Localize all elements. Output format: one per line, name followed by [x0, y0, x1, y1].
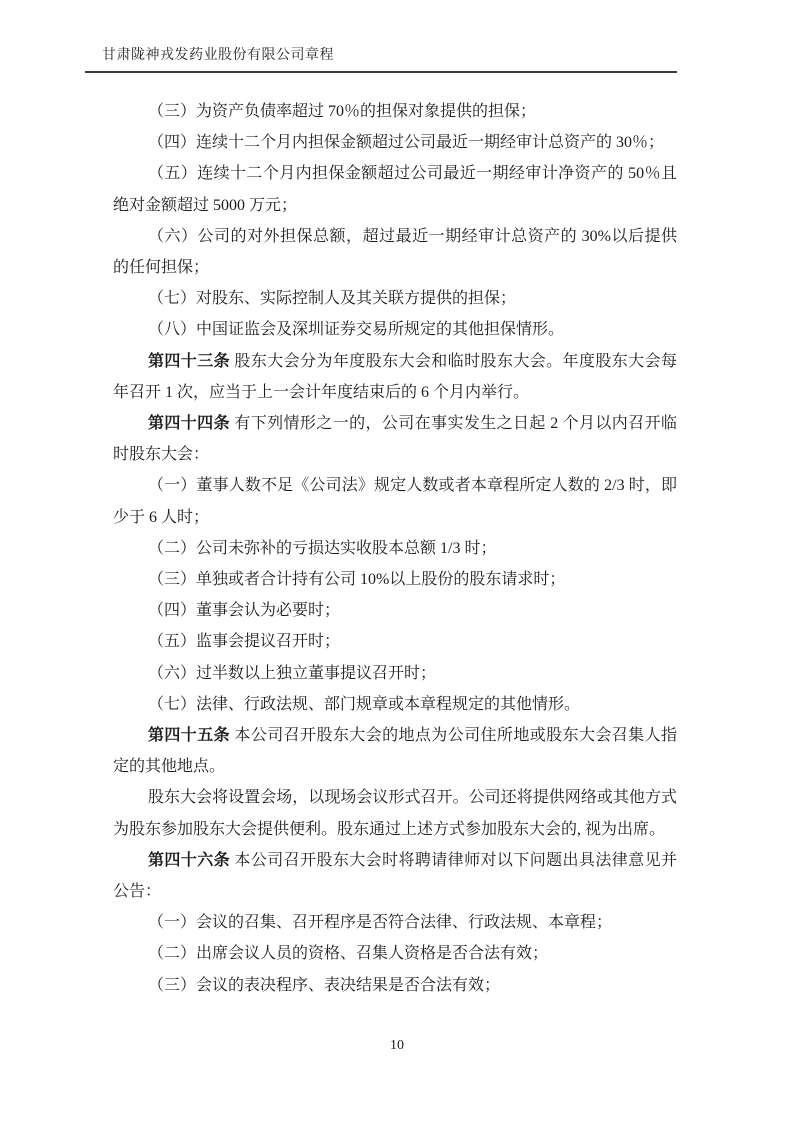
paragraph: 股东大会将设置会场，以现场会议形式召开。公司还将提供网络或其他方式为股东参加股东… — [113, 782, 677, 844]
page-number: 10 — [390, 1038, 404, 1053]
paragraph: （一）会议的召集、召开程序是否符合法律、行政法规、本章程； — [113, 907, 677, 938]
header-title: 甘肃陇神戎发药业股份有限公司章程 — [85, 48, 334, 63]
article-paragraph: 第四十四条 有下列情形之一的，公司在事实发生之日起 2 个月以内召开临时股东大会… — [113, 408, 677, 470]
paragraph: （三）单独或者合计持有公司 10%以上股份的股东请求时； — [113, 564, 677, 595]
paragraph: （六）公司的对外担保总额，超过最近一期经审计总资产的 30%以后提供的任何担保； — [113, 221, 677, 283]
article-number: 第四十五条 — [148, 727, 230, 744]
paragraph: （二）出席会议人员的资格、召集人资格是否合法有效； — [113, 938, 677, 969]
article-number: 第四十六条 — [148, 852, 230, 869]
article-paragraph: 第四十六条 本公司召开股东大会时将聘请律师对以下问题出具法律意见并公告： — [113, 845, 677, 907]
paragraph: （七）法律、行政法规、部门规章或本章程规定的其他情形。 — [113, 689, 677, 720]
paragraph: （三）会议的表决程序、表决结果是否合法有效； — [113, 970, 677, 1001]
paragraph: （五）监事会提议召开时； — [113, 626, 677, 657]
page-header: 甘肃陇神戎发药业股份有限公司章程 — [85, 46, 677, 73]
paragraph: （五）连续十二个月内担保金额超过公司最近一期经审计净资产的 50％且绝对金额超过… — [113, 158, 677, 220]
paragraph: （一）董事人数不足《公司法》规定人数或者本章程所定人数的 2/3 时，即少于 6… — [113, 470, 677, 532]
paragraph: （八）中国证监会及深圳证券交易所规定的其他担保情形。 — [113, 314, 677, 345]
article-paragraph: 第四十五条 本公司召开股东大会的地点为公司住所地或股东大会召集人指定的其他地点。 — [113, 720, 677, 782]
paragraph: （六）过半数以上独立董事提议召开时； — [113, 658, 677, 689]
page-footer: 10 — [0, 1036, 794, 1056]
article-paragraph: 第四十三条 股东大会分为年度股东大会和临时股东大会。年度股东大会每年召开 1 次… — [113, 346, 677, 408]
article-number: 第四十三条 — [148, 353, 230, 370]
paragraph: （七）对股东、实际控制人及其关联方提供的担保； — [113, 283, 677, 314]
paragraph: （三）为资产负债率超过 70％的担保对象提供的担保； — [113, 96, 677, 127]
paragraph: （四）董事会认为必要时； — [113, 595, 677, 626]
document-body: （三）为资产负债率超过 70％的担保对象提供的担保；（四）连续十二个月内担保金额… — [113, 96, 677, 1001]
document-page: 甘肃陇神戎发药业股份有限公司章程 （三）为资产负债率超过 70％的担保对象提供的… — [0, 0, 794, 1122]
article-number: 第四十四条 — [148, 415, 230, 432]
paragraph: （二）公司未弥补的亏损达实收股本总额 1/3 时； — [113, 533, 677, 564]
paragraph: （四）连续十二个月内担保金额超过公司最近一期经审计总资产的 30％； — [113, 127, 677, 158]
